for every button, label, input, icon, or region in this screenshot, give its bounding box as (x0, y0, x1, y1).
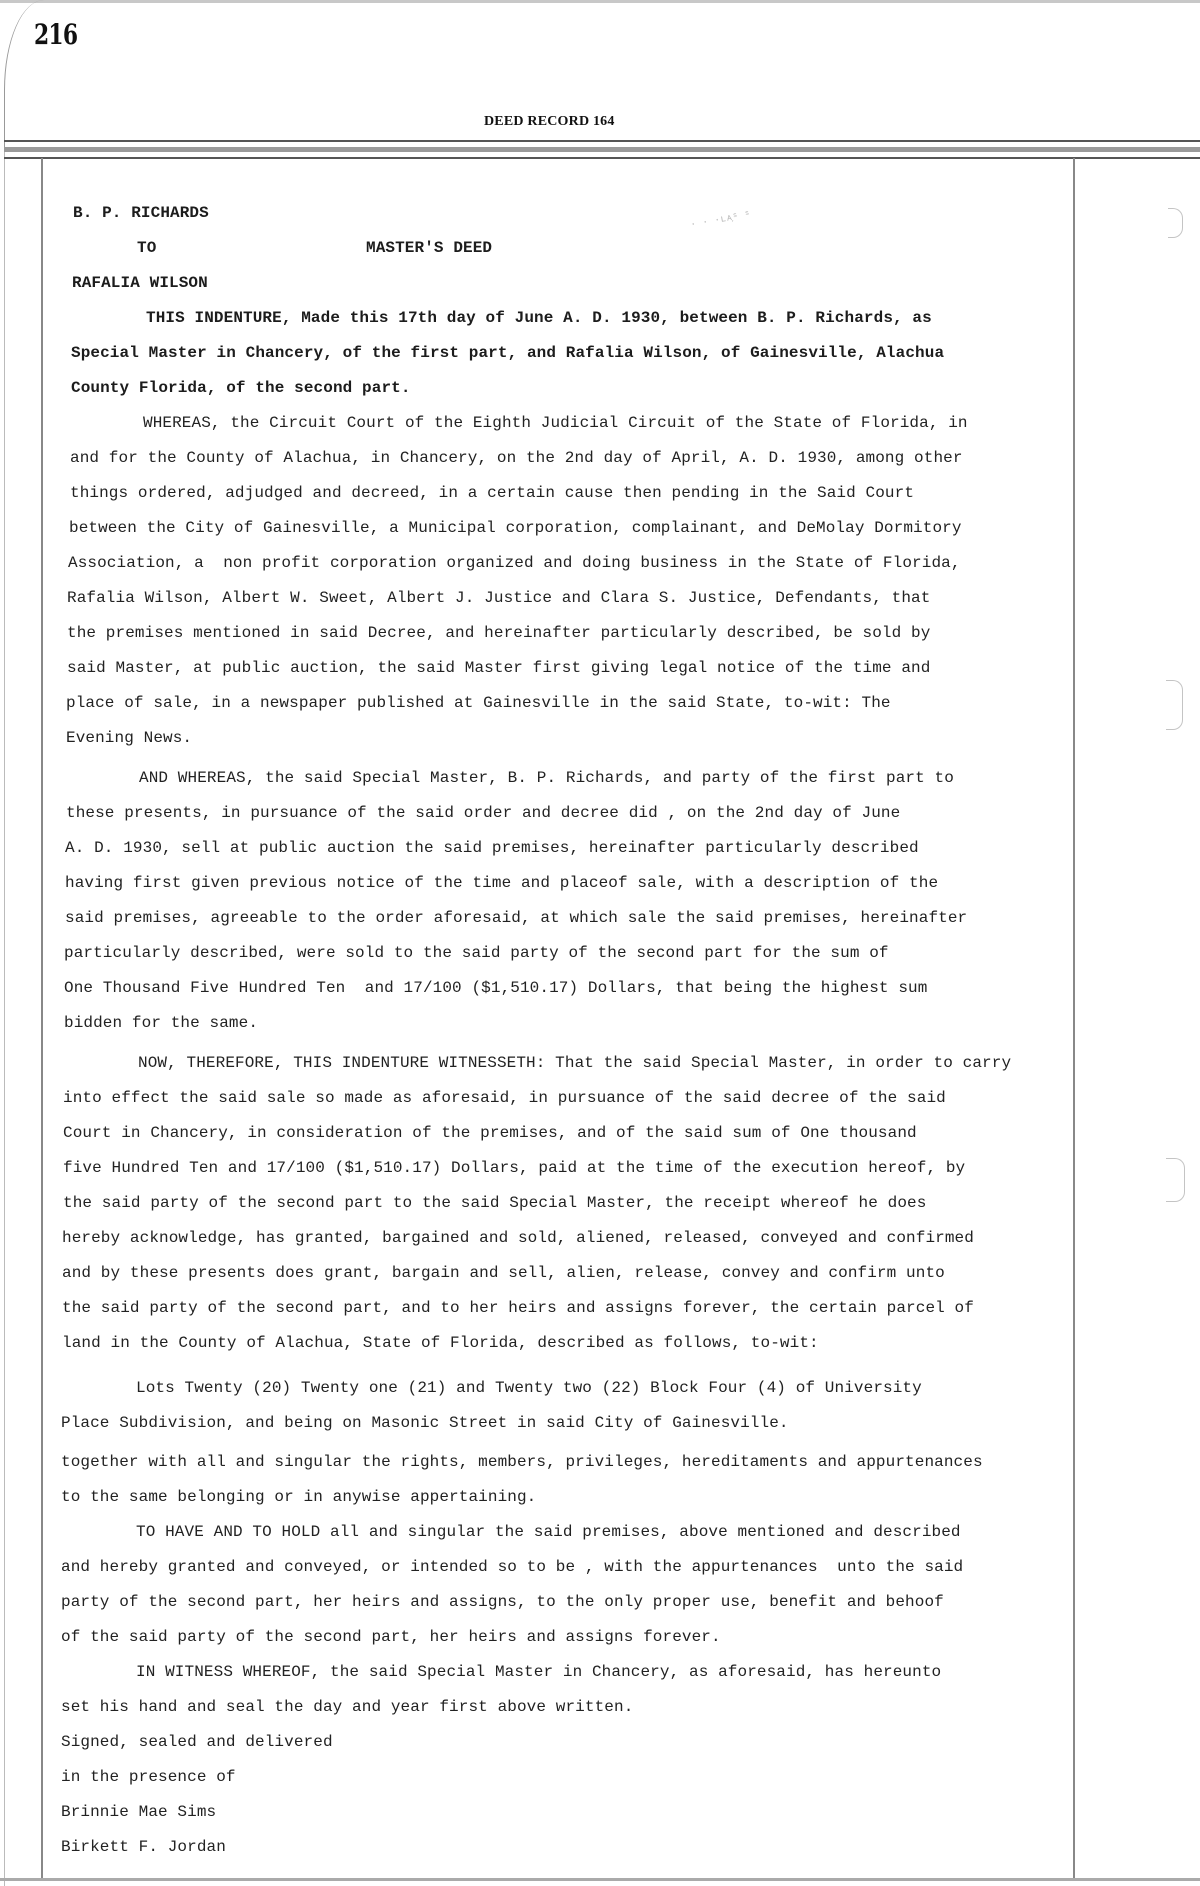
body-line: Evening News. (66, 728, 192, 748)
body-line: of the said party of the second part, he… (61, 1627, 721, 1647)
body-line: the said party of the second part to the… (63, 1193, 926, 1213)
header-rule-thick (4, 147, 1200, 152)
binding-hole-mark (1166, 680, 1183, 730)
body-line: TO HAVE AND TO HOLD all and singular the… (136, 1522, 961, 1542)
body-line: the premises mentioned in said Decree, a… (67, 623, 930, 643)
body-line: Court in Chancery, in consideration of t… (63, 1123, 917, 1143)
caption-to: TO (137, 238, 156, 258)
body-line: particularly described, were sold to the… (64, 943, 889, 963)
body-line: THIS INDENTURE, Made this 17th day of Ju… (146, 308, 932, 328)
body-line: AND WHEREAS, the said Special Master, B.… (139, 768, 954, 788)
body-line: Rafalia Wilson, Albert W. Sweet, Albert … (67, 588, 930, 608)
witness-name: Birkett F. Jordan (61, 1837, 226, 1857)
page-top-edge (0, 0, 1200, 3)
body-line: between the City of Gainesville, a Munic… (69, 518, 962, 538)
page-number: 216 (34, 18, 77, 51)
grantee-name: RAFALIA WILSON (72, 273, 208, 293)
body-line: County Florida, of the second part. (71, 378, 411, 398)
binding-hole-mark (1168, 208, 1183, 238)
body-line: and hereby granted and conveyed, or inte… (61, 1557, 963, 1577)
body-line: set his hand and seal the day and year f… (61, 1697, 633, 1717)
body-line: five Hundred Ten and 17/100 ($1,510.17) … (63, 1158, 965, 1178)
body-line: bidden for the same. (64, 1013, 258, 1033)
binding-hole-mark (1166, 1158, 1185, 1202)
header-rule-top (4, 140, 1200, 142)
record-book-title: DEED RECORD 164 (484, 114, 615, 130)
body-line: having first given previous notice of th… (65, 873, 938, 893)
body-line: NOW, THEREFORE, THIS INDENTURE WITNESSET… (138, 1053, 1011, 1073)
body-line: place of sale, in a newspaper published … (66, 693, 891, 713)
body-line: things ordered, adjudged and decreed, in… (70, 483, 914, 503)
body-line: IN WITNESS WHEREOF, the said Special Mas… (136, 1662, 941, 1682)
attestation-line: in the presence of (61, 1767, 236, 1787)
deed-type-title: MASTER'S DEED (366, 238, 492, 258)
body-line: WHEREAS, the Circuit Court of the Eighth… (143, 413, 968, 433)
body-line: party of the second part, her heirs and … (61, 1592, 944, 1612)
page-bottom-edge (0, 1878, 1200, 1881)
right-margin-line (1073, 158, 1075, 1878)
faint-stamp: · · ·ʟᴀ᷊ˢ ˢ (690, 210, 752, 231)
body-line: said premises, agreeable to the order af… (65, 908, 967, 928)
legal-description-line: Place Subdivision, and being on Masonic … (61, 1413, 789, 1433)
body-line: A. D. 1930, sell at public auction the s… (65, 838, 919, 858)
body-line: into effect the said sale so made as afo… (63, 1088, 946, 1108)
header-rule-bottom (4, 157, 1200, 159)
body-line: land in the County of Alachua, State of … (62, 1333, 819, 1353)
body-line: these presents, in pursuance of the said… (66, 803, 900, 823)
body-line: hereby acknowledge, has granted, bargain… (62, 1228, 974, 1248)
body-line: together with all and singular the right… (61, 1452, 983, 1472)
body-line: Special Master in Chancery, of the first… (71, 343, 944, 363)
page-left-edge (4, 150, 5, 1886)
body-line: the said party of the second part, and t… (62, 1298, 974, 1318)
legal-description-line: Lots Twenty (20) Twenty one (21) and Twe… (136, 1378, 922, 1398)
body-line: to the same belonging or in anywise appe… (61, 1487, 536, 1507)
body-line: and for the County of Alachua, in Chance… (70, 448, 963, 468)
left-margin-line (41, 158, 43, 1878)
body-line: Association, a non profit corporation or… (68, 553, 961, 573)
grantor-name: B. P. RICHARDS (73, 203, 209, 223)
attestation-line: Signed, sealed and delivered (61, 1732, 333, 1752)
body-line: said Master, at public auction, the said… (67, 658, 930, 678)
body-line: One Thousand Five Hundred Ten and 17/100… (64, 978, 927, 998)
witness-name: Brinnie Mae Sims (61, 1802, 216, 1822)
body-line: and by these presents does grant, bargai… (62, 1263, 945, 1283)
